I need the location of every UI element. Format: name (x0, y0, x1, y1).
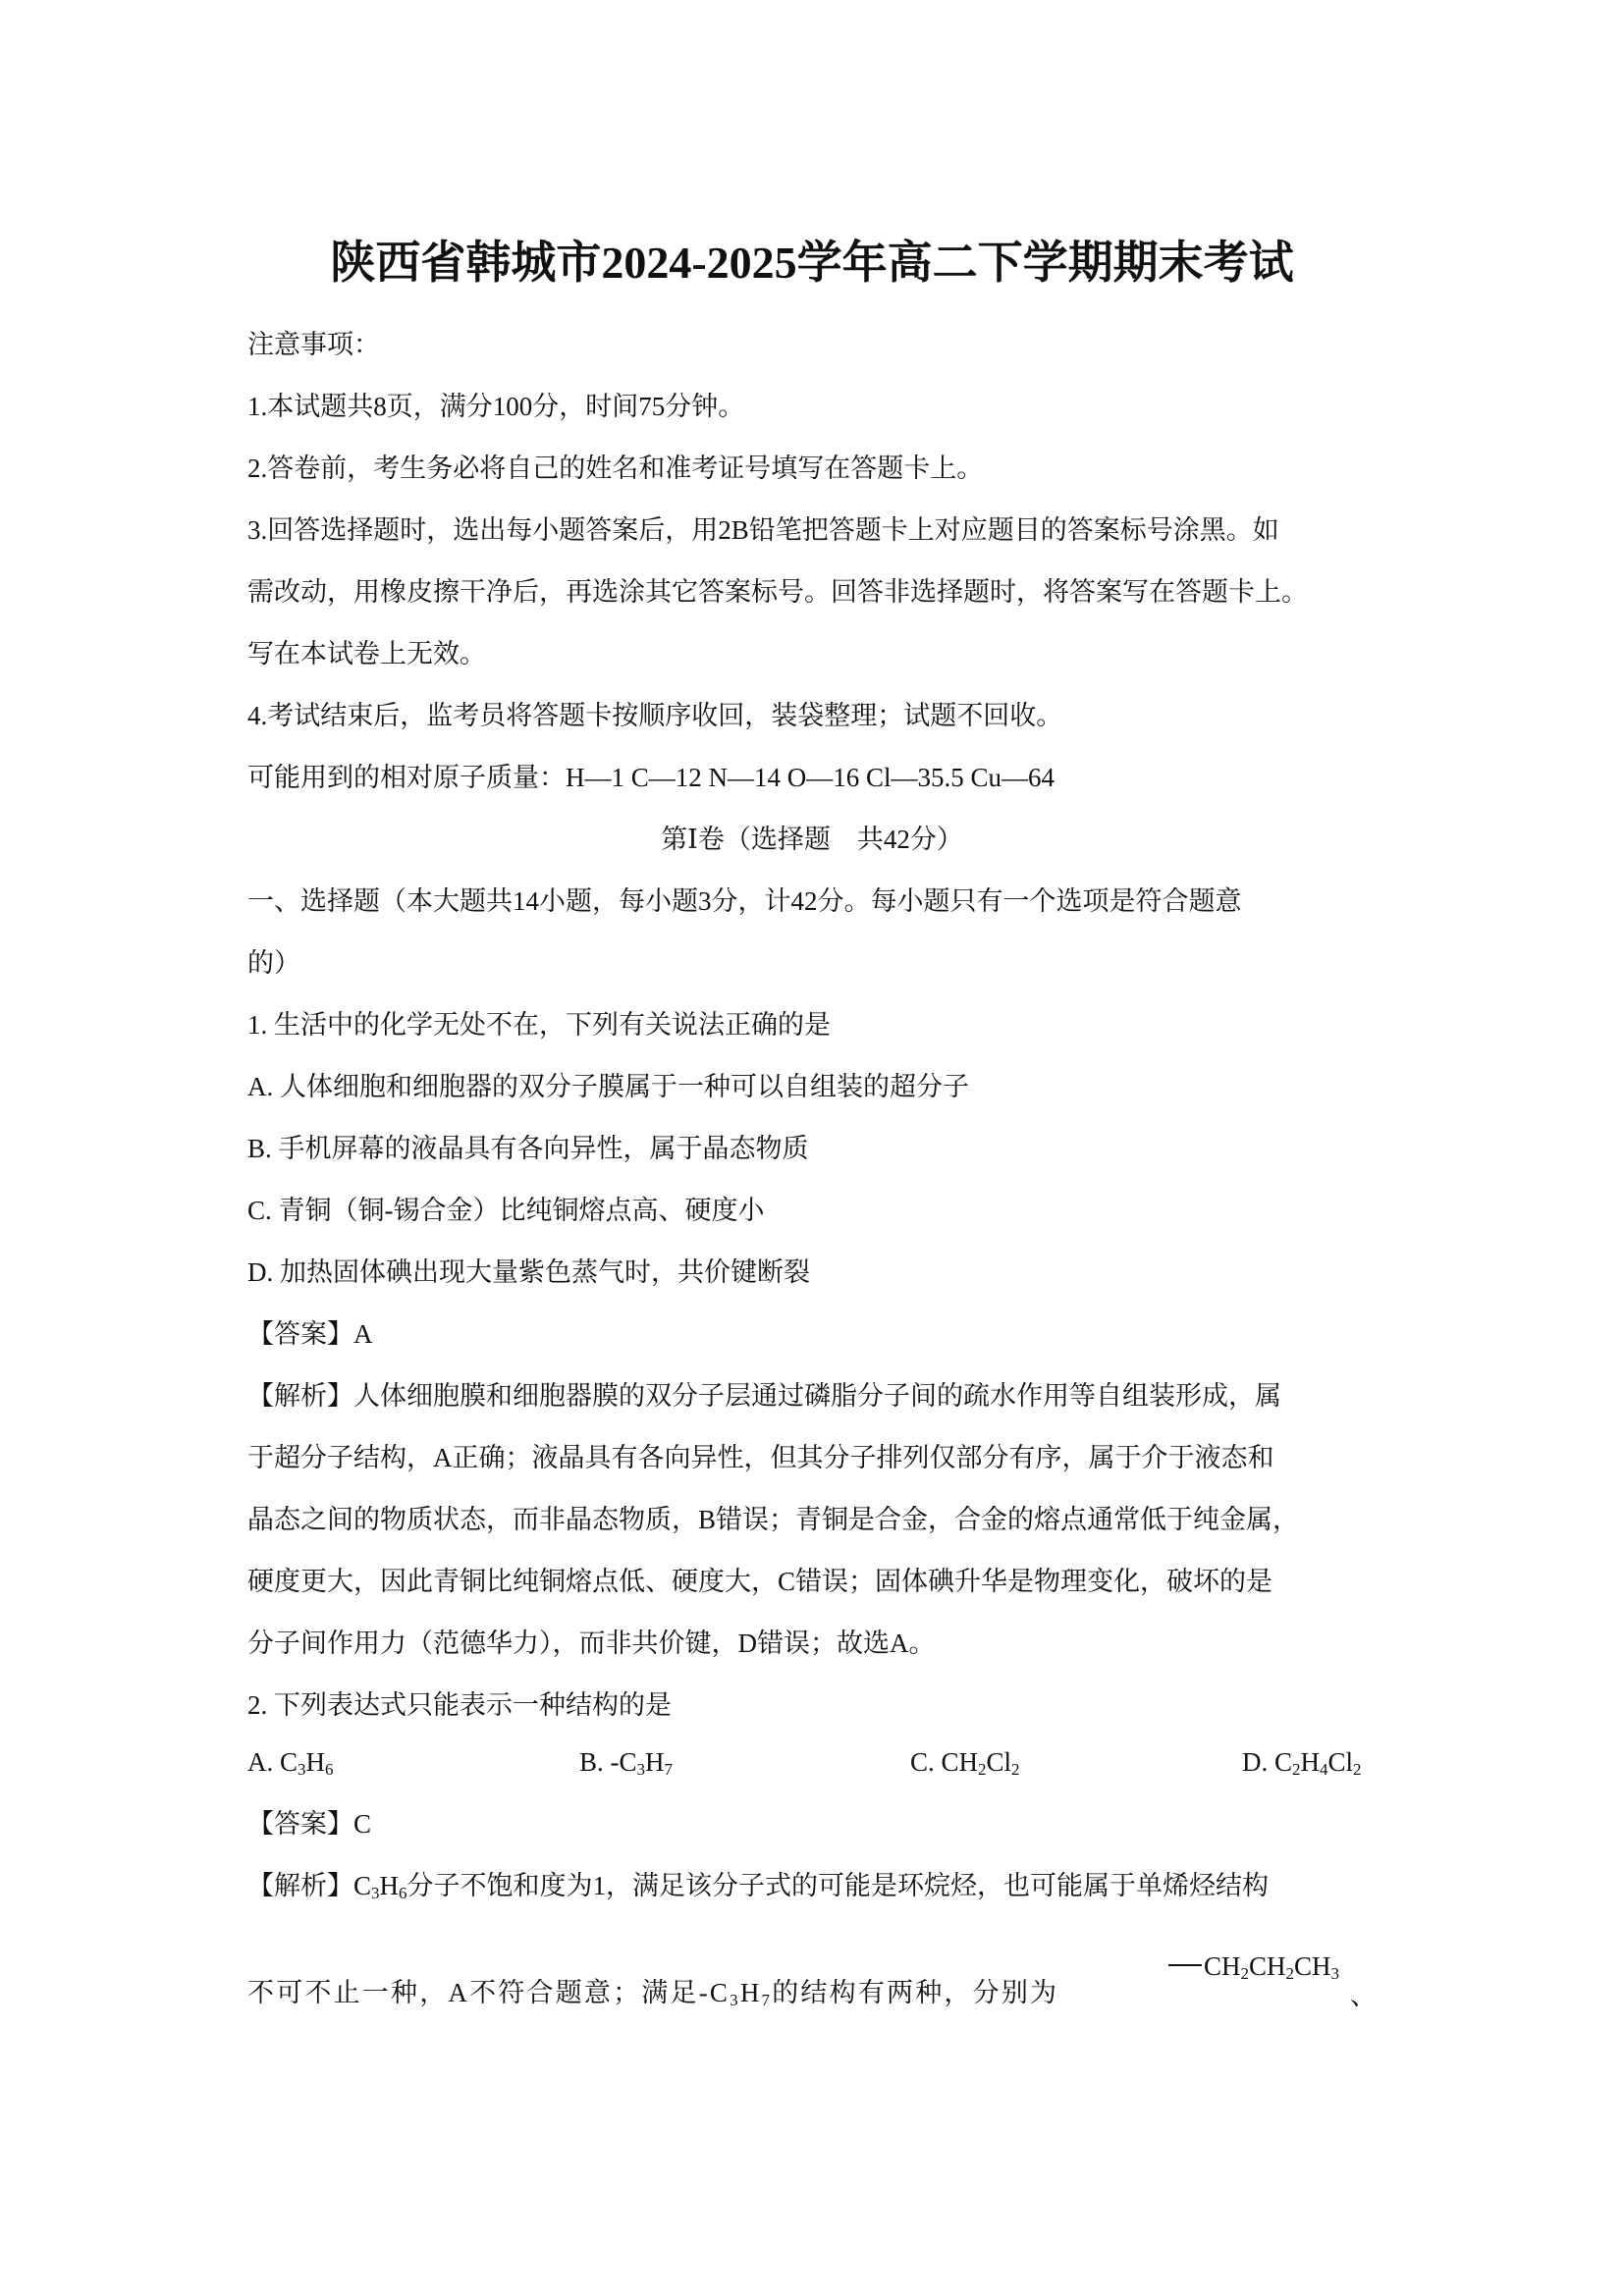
notice-item: 写在本试卷上无效。 (247, 636, 486, 671)
question-1-option-c: C. 青铜（铜-锡合金）比纯铜熔点高、硬度小 (247, 1193, 765, 1228)
structure-propyl: CH2CH2CH3 (1168, 1949, 1339, 1984)
atomic-masses: 可能用到的相对原子质量：H—1 C—12 N—14 O—16 Cl—35.5 C… (247, 760, 1055, 795)
section-heading: 一、选择题（本大题共14小题，每小题3分，计42分。每小题只有一个选项是符合题意 (247, 883, 1242, 919)
question-2-analysis-line-1: 【解析】C3H6分子不饱和度为1，满足该分子式的可能是环烷烃，也可能属于单烯烃结… (247, 1868, 1269, 1903)
notice-heading: 注意事项： (247, 327, 380, 362)
analysis-text: 分子不饱和度为1，满足该分子式的可能是环烷烃，也可能属于单烯烃结构 (407, 1871, 1270, 1900)
question-2-answer: 【答案】C (247, 1806, 371, 1842)
notice-item: 1.本试题共8页，满分100分，时间75分钟。 (247, 389, 744, 424)
question-2-stem: 2. 下列表达式只能表示一种结构的是 (247, 1687, 672, 1723)
question-2-option-b: B. -C3H7 (579, 1744, 673, 1780)
question-2-analysis-line-2: 不可不止一种，A不符合题意；满足-C3H7的结构有两种，分别为 (247, 1975, 1058, 2010)
question-2-option-d: D. C2H4Cl2 (1242, 1744, 1362, 1780)
volume-heading: 第Ⅰ卷（选择题 共42分） (0, 822, 1624, 857)
question-1-answer: 【答案】A (247, 1316, 373, 1352)
question-1-analysis: 晶态之间的物质状态，而非晶态物质，B错误；青铜是合金，合金的熔点通常低于纯金属， (247, 1502, 1299, 1537)
exam-page: 陕西省韩城市2024-2025学年高二下学期期末考试 注意事项： 1.本试题共8… (0, 0, 1624, 2296)
question-1-analysis: 硬度更大，因此青铜比纯铜熔点低、硬度大，C错误；固体碘升华是物理变化，破坏的是 (247, 1564, 1272, 1599)
notice-item: 4.考试结束后，监考员将答题卡按顺序收回，装袋整理；试题不回收。 (247, 698, 1062, 733)
analysis-label: 【解析】 (247, 1871, 353, 1900)
question-1-analysis: 于超分子结构，A正确；液晶具有各向异性，但其分子排列仅部分有序，属于介于液态和 (247, 1440, 1274, 1475)
question-1-analysis: 【解析】人体细胞膜和细胞器膜的双分子层通过磷脂分子间的疏水作用等自组装形成，属 (247, 1378, 1281, 1414)
notice-item: 2.答卷前，考生务必将自己的姓名和准考证号填写在答题卡上。 (247, 451, 983, 486)
question-1-option-b: B. 手机屏幕的液晶具有各向异性，属于晶态物质 (247, 1131, 809, 1166)
formula-c3h6: C3H6 (353, 1871, 407, 1900)
document-title: 陕西省韩城市2024-2025学年高二下学期期末考试 (0, 234, 1624, 293)
notice-item: 3.回答选择题时，选出每小题答案后，用2B铅笔把答题卡上对应题目的答案标号涂黑。… (247, 512, 1279, 548)
analysis-text: 不可不止一种，A不符合题意；满足- (247, 1978, 710, 2007)
notice-item: 需改动，用橡皮擦干净后，再选涂其它答案标号。回答非选择题时，将答案写在答题卡上。 (247, 574, 1308, 610)
analysis-text: 的结构有两种，分别为 (772, 1978, 1058, 2007)
section-heading-cont: 的） (247, 945, 300, 981)
question-1-analysis: 分子间作用力（范德华力），而非共价键，D错误；故选A。 (247, 1626, 936, 1661)
single-bond-line (1168, 1964, 1202, 1966)
question-2-option-a: A. C3H6 (247, 1744, 334, 1780)
enumeration-comma: 、 (1350, 1978, 1377, 2013)
question-1-option-a: A. 人体细胞和细胞器的双分子膜属于一种可以自组装的超分子 (247, 1069, 969, 1104)
formula-c3h7: C3H7 (710, 1978, 772, 2007)
question-1-option-d: D. 加热固体碘出现大量紫色蒸气时，共价键断裂 (247, 1255, 810, 1290)
question-1-stem: 1. 生活中的化学无处不在，下列有关说法正确的是 (247, 1007, 831, 1042)
question-2-option-c: C. CH2Cl2 (910, 1744, 1020, 1780)
